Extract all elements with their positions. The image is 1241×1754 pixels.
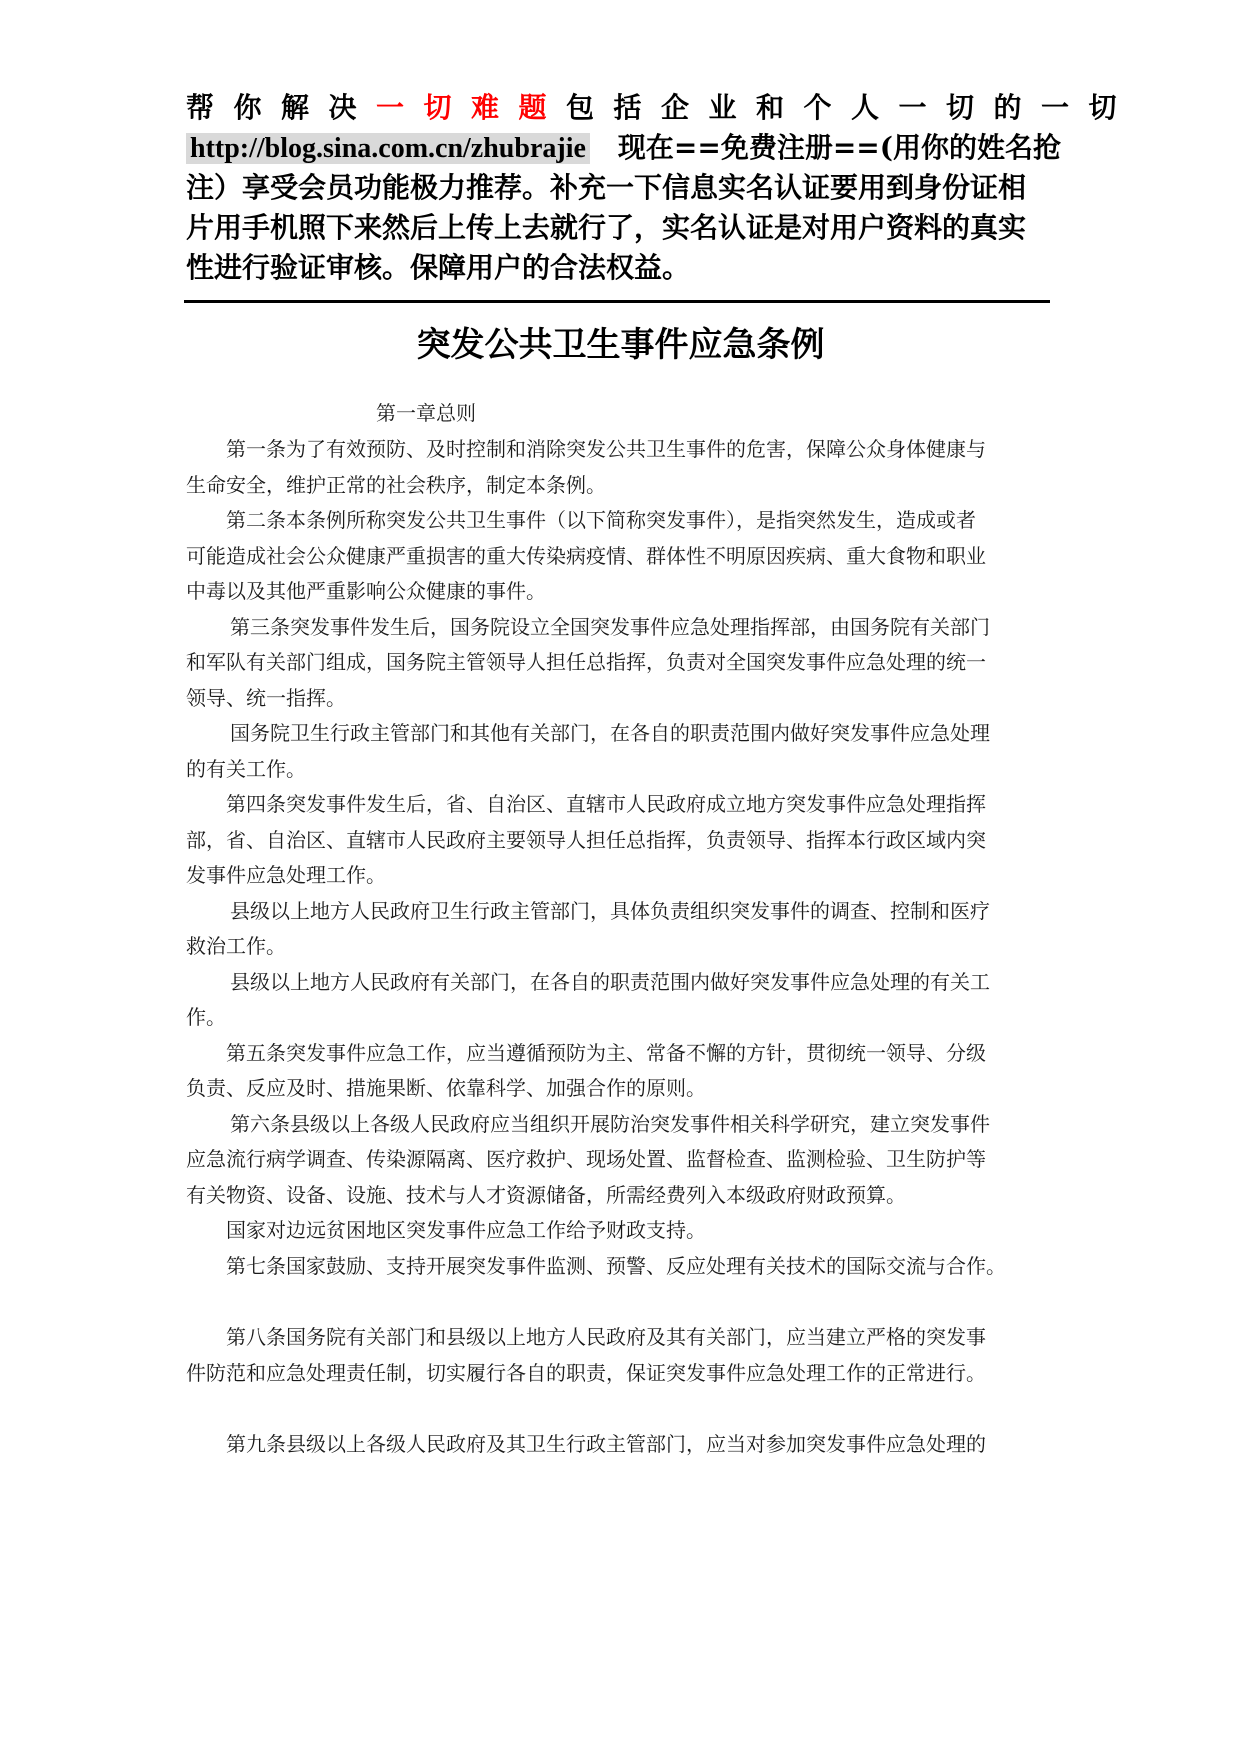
ad-line-3: 注）享受会员功能极力推荐。补充一下信息实名认证要用到身份证相 <box>186 168 1048 208</box>
text-line: 第一条为了有效预防、及时控制和消除突发公共卫生事件的危害，保障公众身体健康与 <box>186 432 1050 468</box>
ad-text: 现在==免费注册==(用你的姓名抢 <box>618 131 1061 164</box>
document-page: 帮你解决一切难题包括企业和个人一切的一切 http://blog.sina.co… <box>0 0 1241 1754</box>
text-line: 负责、反应及时、措施果断、依靠科学、加强合作的原则。 <box>146 1071 1050 1107</box>
article-paragraph: 第八条国务院有关部门和县级以上地方人民政府及其有关部门，应当建立严格的突发事 件… <box>186 1320 1050 1391</box>
article-paragraph: 第九条县级以上各级人民政府及其卫生行政主管部门，应当对参加突发事件应急处理的 <box>186 1427 1050 1463</box>
text-line: 发事件应急处理工作。 <box>146 858 1050 894</box>
chapter-heading: 第一章总则 <box>186 396 1050 430</box>
blog-url-link[interactable]: http://blog.sina.com.cn/zhubrajie <box>186 133 590 164</box>
article-paragraph: 第七条国家鼓励、支持开展突发事件监测、预警、反应处理有关技术的国际交流与合作。 <box>186 1249 1050 1285</box>
article-paragraph: 国务院卫生行政主管部门和其他有关部门，在各自的职责范围内做好突发事件应急处理 的… <box>186 716 1050 787</box>
ad-line-4: 片用手机照下来然后上传上去就行了，实名认证是对用户资料的真实 <box>186 208 1048 248</box>
text-line: 第七条国家鼓励、支持开展突发事件监测、预警、反应处理有关技术的国际交流与合作。 <box>186 1249 1050 1285</box>
text-line: 第四条突发事件发生后，省、自治区、直辖市人民政府成立地方突发事件应急处理指挥 <box>186 787 1050 823</box>
text-line: 救治工作。 <box>146 929 1050 965</box>
text-line: 和军队有关部门组成，国务院主管领导人担任总指挥，负责对全国突发事件应急处理的统一 <box>146 645 1050 681</box>
text-line: 第六条县级以上各级人民政府应当组织开展防治突发事件相关科学研究，建立突发事件 <box>190 1107 1050 1143</box>
document-title: 突发公共卫生事件应急条例 <box>0 322 1241 368</box>
text-line: 第三条突发事件发生后，国务院设立全国突发事件应急处理指挥部，由国务院有关部门 <box>190 610 1050 646</box>
text-line: 的有关工作。 <box>146 752 1050 788</box>
text-line: 县级以上地方人民政府卫生行政主管部门，具体负责组织突发事件的调查、控制和医疗 <box>190 894 1050 930</box>
text-line: 中毒以及其他严重影响公众健康的事件。 <box>146 574 1050 610</box>
article-paragraph: 国家对边远贫困地区突发事件应急工作给予财政支持。 <box>186 1213 1050 1249</box>
article-paragraph: 县级以上地方人民政府有关部门，在各自的职责范围内做好突发事件应急处理的有关工 作… <box>186 965 1050 1036</box>
ad-banner: 帮你解决一切难题包括企业和个人一切的一切 http://blog.sina.co… <box>186 88 1048 288</box>
ad-line-1: 帮你解决一切难题包括企业和个人一切的一切 <box>186 88 1048 128</box>
ad-text: 包括企业和个人一切的一切 <box>566 91 1136 124</box>
text-line: 国务院卫生行政主管部门和其他有关部门，在各自的职责范围内做好突发事件应急处理 <box>190 716 1050 752</box>
text-line: 县级以上地方人民政府有关部门，在各自的职责范围内做好突发事件应急处理的有关工 <box>190 965 1050 1001</box>
horizontal-divider <box>184 300 1050 303</box>
article-paragraph: 第三条突发事件发生后，国务院设立全国突发事件应急处理指挥部，由国务院有关部门 和… <box>186 610 1050 717</box>
text-line: 第五条突发事件应急工作，应当遵循预防为主、常备不懈的方针，贯彻统一领导、分级 <box>186 1036 1050 1072</box>
text-line: 第九条县级以上各级人民政府及其卫生行政主管部门，应当对参加突发事件应急处理的 <box>186 1427 1050 1463</box>
text-line: 领导、统一指挥。 <box>146 681 1050 717</box>
ad-text: 帮你解决 <box>186 91 376 124</box>
ad-highlight-text: 一切难题 <box>376 91 566 124</box>
article-paragraph: 第四条突发事件发生后，省、自治区、直辖市人民政府成立地方突发事件应急处理指挥 部… <box>186 787 1050 894</box>
text-line: 有关物资、设备、设施、技术与人才资源储备，所需经费列入本级政府财政预算。 <box>146 1178 1050 1214</box>
text-line: 国家对边远贫困地区突发事件应急工作给予财政支持。 <box>186 1213 1050 1249</box>
article-paragraph: 县级以上地方人民政府卫生行政主管部门，具体负责组织突发事件的调查、控制和医疗 救… <box>186 894 1050 965</box>
text-line: 件防范和应急处理责任制，切实履行各自的职责，保证突发事件应急处理工作的正常进行。 <box>146 1356 1050 1392</box>
text-line: 可能造成社会公众健康严重损害的重大传染病疫情、群体性不明原因疾病、重大食物和职业 <box>146 539 1050 575</box>
article-paragraph: 第二条本条例所称突发公共卫生事件（以下简称突发事件），是指突然发生，造成或者 可… <box>186 503 1050 610</box>
text-line: 作。 <box>146 1000 1050 1036</box>
text-line: 应急流行病学调查、传染源隔离、医疗救护、现场处置、监督检查、监测检验、卫生防护等 <box>146 1142 1050 1178</box>
article-paragraph: 第一条为了有效预防、及时控制和消除突发公共卫生事件的危害，保障公众身体健康与 生… <box>186 432 1050 503</box>
text-line: 生命安全，维护正常的社会秩序，制定本条例。 <box>146 468 1050 504</box>
document-body: 第一章总则 第一条为了有效预防、及时控制和消除突发公共卫生事件的危害，保障公众身… <box>186 396 1050 1463</box>
text-line: 部，省、自治区、直辖市人民政府主要领导人担任总指挥，负责领导、指挥本行政区域内突 <box>146 823 1050 859</box>
text-line: 第二条本条例所称突发公共卫生事件（以下简称突发事件），是指突然发生，造成或者 <box>186 503 1050 539</box>
article-paragraph: 第五条突发事件应急工作，应当遵循预防为主、常备不懈的方针，贯彻统一领导、分级 负… <box>186 1036 1050 1107</box>
article-paragraph: 第六条县级以上各级人民政府应当组织开展防治突发事件相关科学研究，建立突发事件 应… <box>186 1107 1050 1214</box>
ad-line-2: http://blog.sina.com.cn/zhubrajie现在==免费注… <box>186 128 1048 168</box>
ad-line-5: 性进行验证审核。保障用户的合法权益。 <box>186 248 1048 288</box>
text-line: 第八条国务院有关部门和县级以上地方人民政府及其有关部门，应当建立严格的突发事 <box>186 1320 1050 1356</box>
